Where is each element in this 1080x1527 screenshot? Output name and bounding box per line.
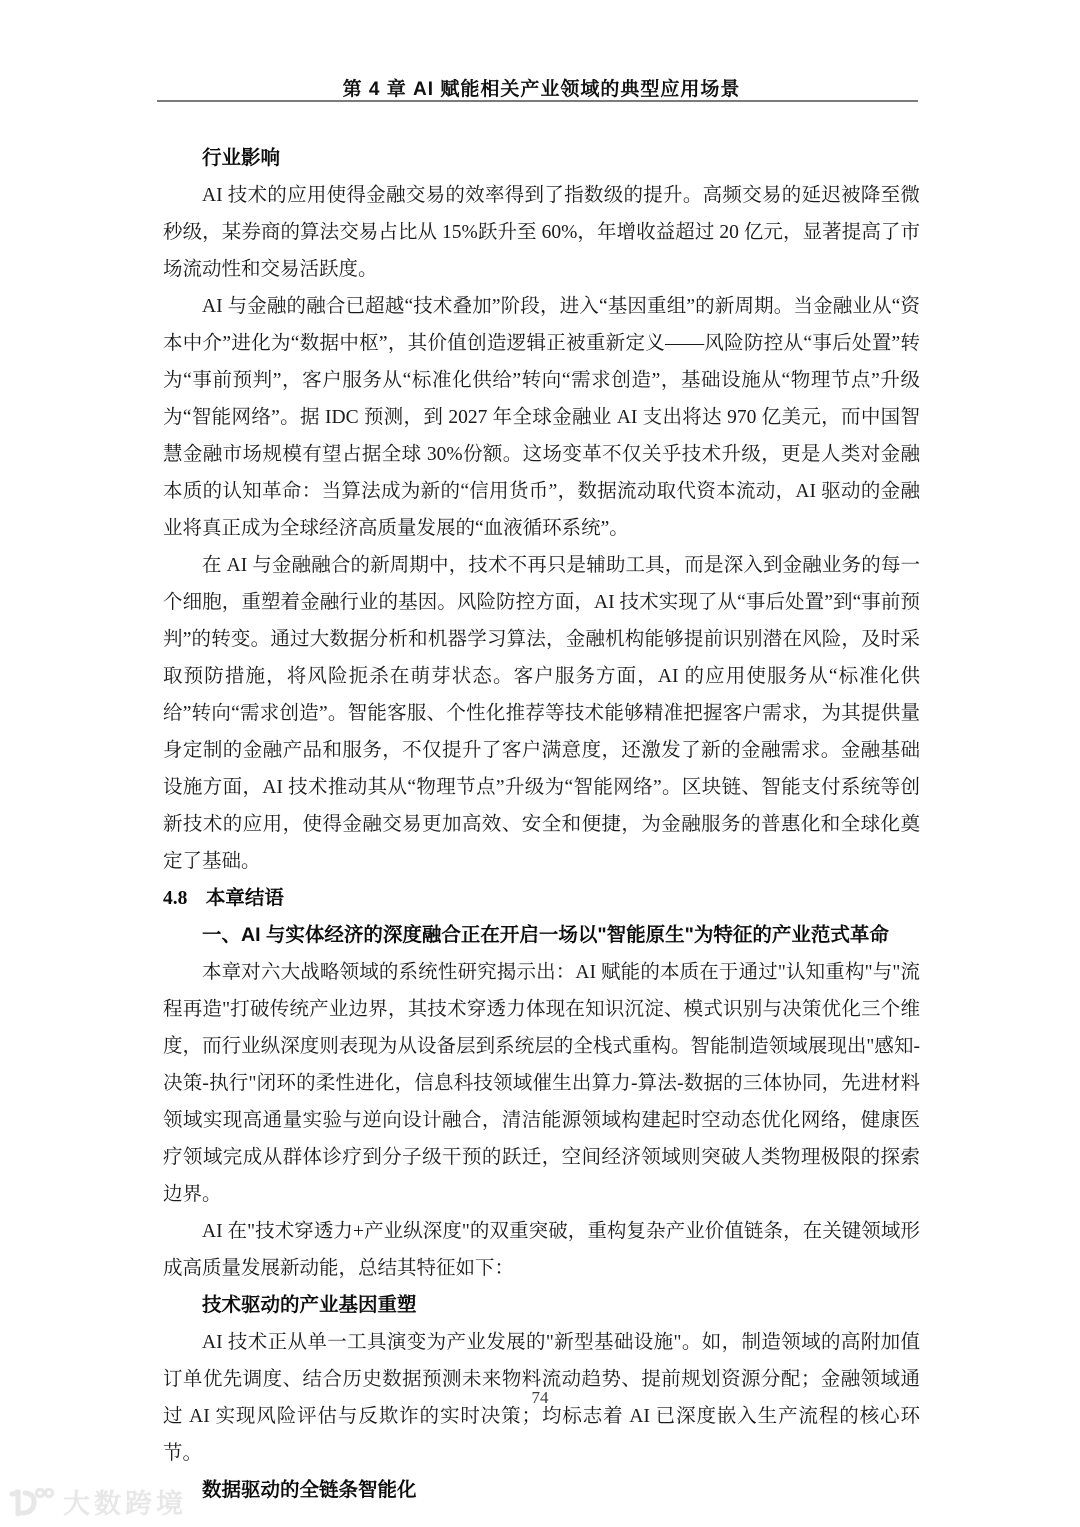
heading-industry-impact: 行业影响	[163, 140, 920, 177]
header-rule	[157, 100, 918, 102]
paragraph-six-domains-summary: 本章对六大战略领域的系统性研究揭示出：AI 赋能的本质在于通过"认知重构"与"流…	[163, 954, 920, 1213]
brand-logo-icon	[8, 1485, 54, 1519]
subheading-data-driven-full-chain: 数据驱动的全链条智能化	[163, 1472, 920, 1509]
page-number: 74	[0, 1388, 1080, 1408]
document-page: 第 4 章 AI 赋能相关产业领域的典型应用场景 行业影响 AI 技术的应用使得…	[0, 0, 1080, 1527]
paragraph-new-cycle: 在 AI 与金融融合的新周期中，技术不再只是辅助工具，而是深入到金融业务的每一个…	[163, 547, 920, 880]
paragraph-dual-breakthrough: AI 在"技术穿透力+产业纵深度"的双重突破，重构复杂产业价值链条，在关键领域形…	[163, 1213, 920, 1287]
paragraph-ai-finance-fusion: AI 与金融的融合已超越“技术叠加”阶段，进入“基因重组”的新周期。当金融业从“…	[163, 288, 920, 547]
section-number: 4.8	[163, 888, 187, 909]
watermark-text: 大数跨境	[63, 1482, 187, 1521]
subheading-tech-driven-gene-reshape: 技术驱动的产业基因重塑	[163, 1287, 920, 1324]
section-heading-4-8: 4.8本章结语	[163, 880, 920, 917]
section-title: 本章结语	[206, 887, 284, 909]
running-header-chapter-title: 第 4 章 AI 赋能相关产业领域的典型应用场景	[163, 74, 920, 101]
watermark: 大数跨境	[8, 1482, 187, 1521]
paragraph-finance-efficiency: AI 技术的应用使得金融交易的效率得到了指数级的提升。高频交易的延迟被降至微秒级…	[163, 177, 920, 288]
subheading-intelligent-native-revolution: 一、AI 与实体经济的深度融合正在开启一场以"智能原生"为特征的产业范式革命	[163, 917, 920, 954]
page-content: 行业影响 AI 技术的应用使得金融交易的效率得到了指数级的提升。高频交易的延迟被…	[163, 140, 920, 1509]
